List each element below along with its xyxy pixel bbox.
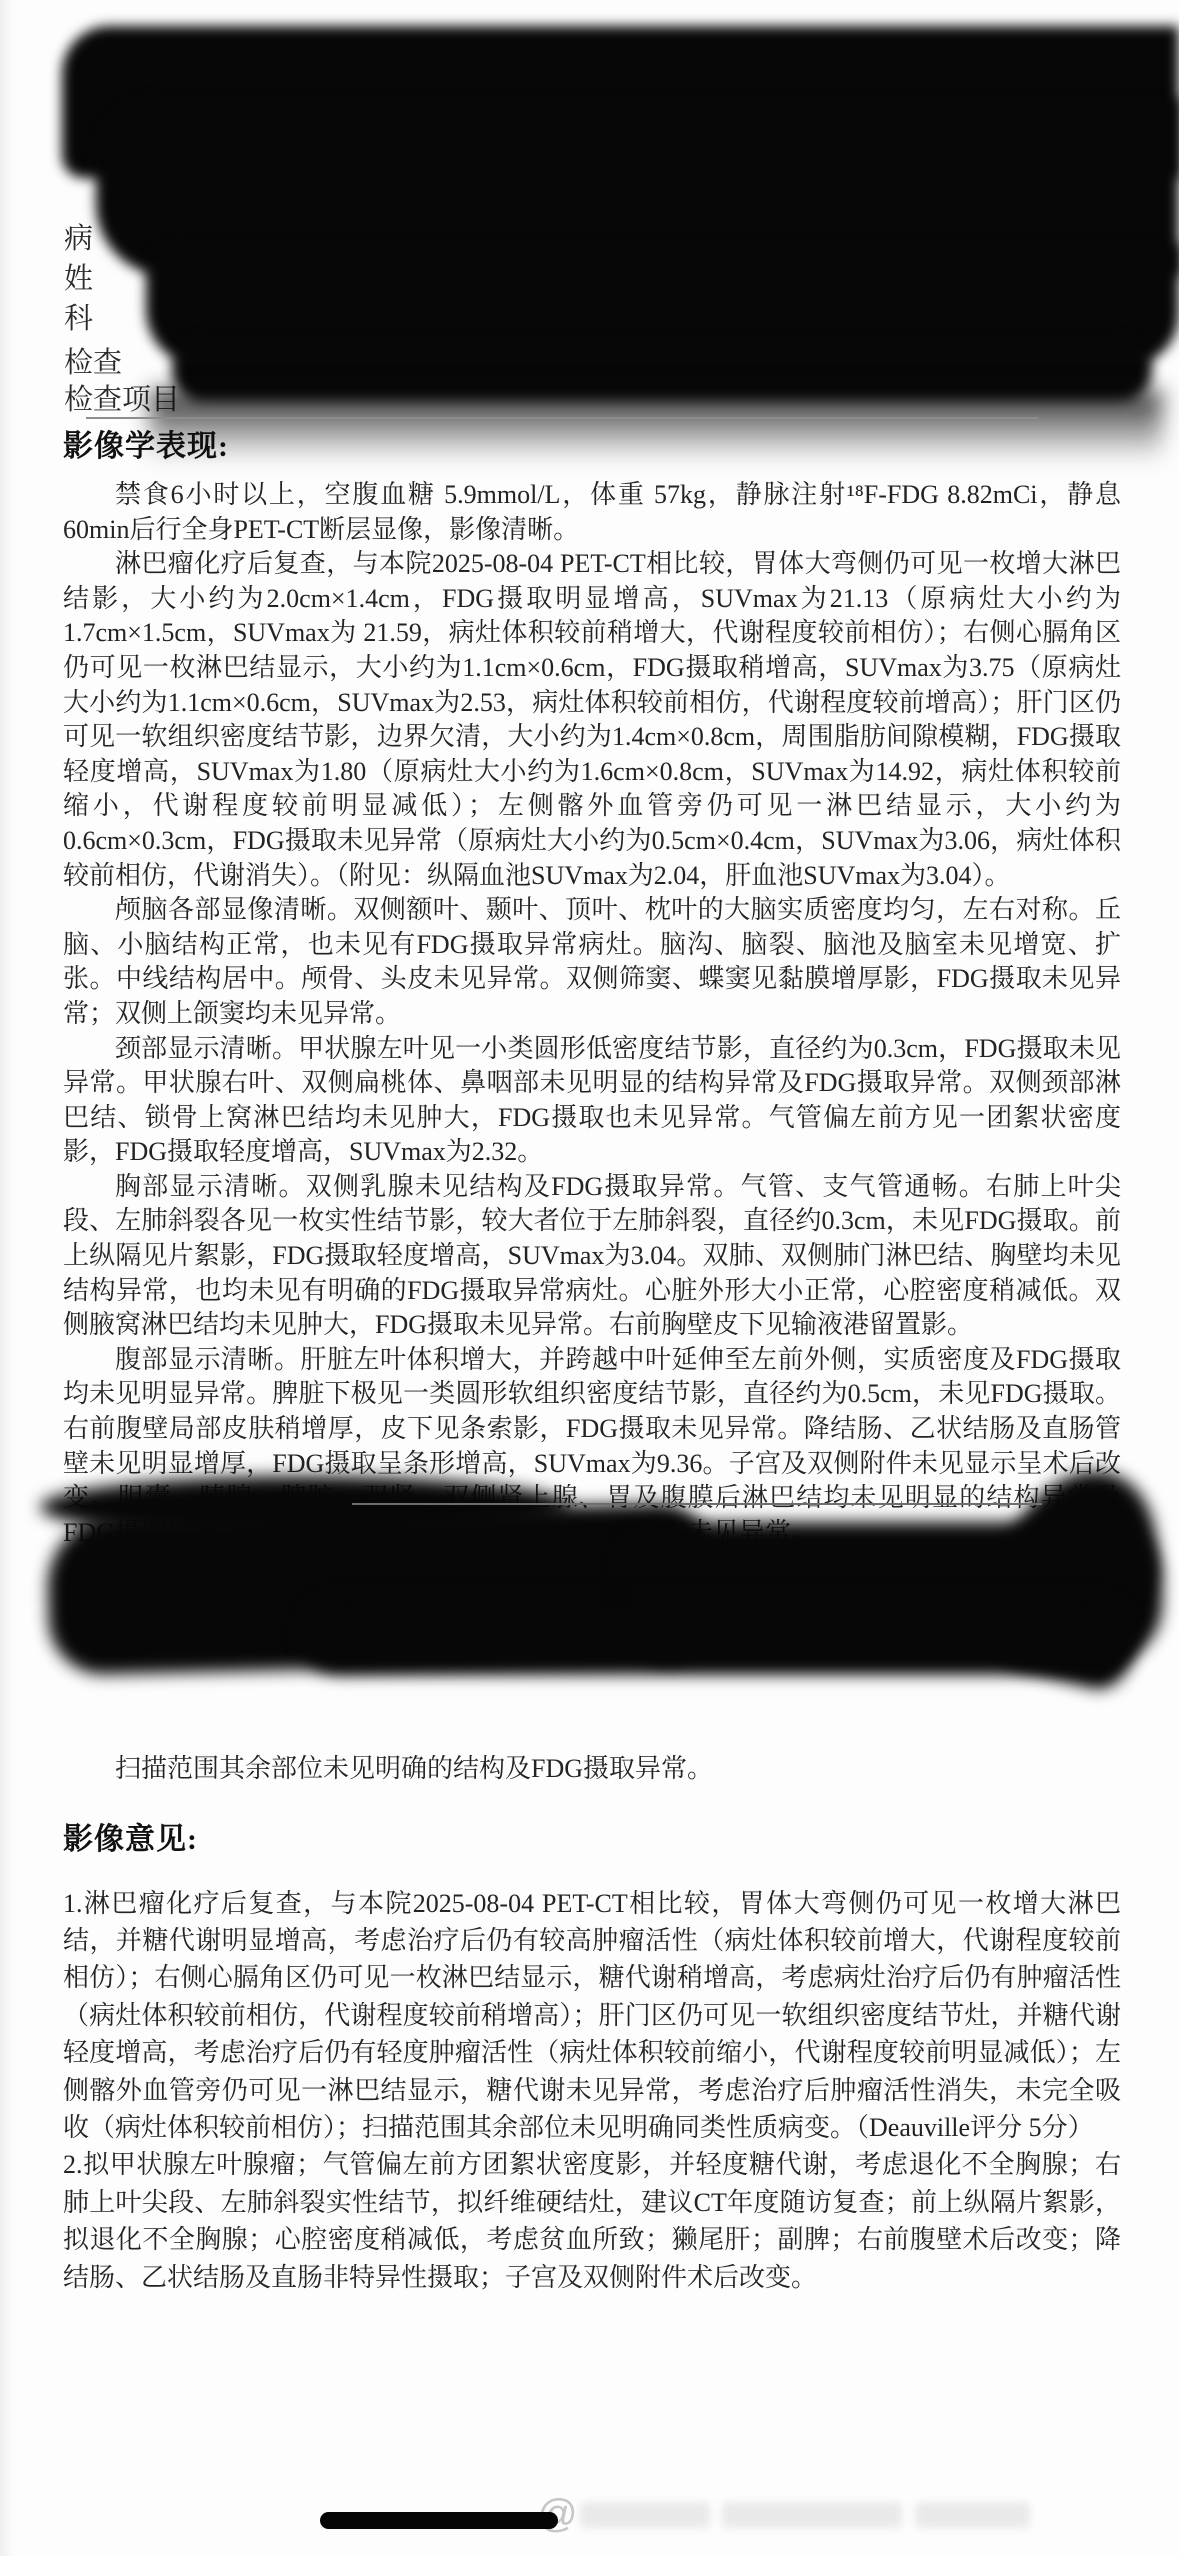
opinion-section: 扫描范围其余部位未见明确的结构及FDG摄取异常。 影像意见: 1.淋巴瘤化疗后复… [63,1752,1121,2296]
opinion-title: 影像意见: [63,1817,1121,1863]
divider-line [352,1503,1042,1505]
findings-paragraph: 颈部显示清晰。甲状腺左叶见一小类圆形低密度结节影，直径约为0.3cm，FDG摄取… [63,1032,1121,1170]
redaction-blob [300,1596,1132,1674]
watermark-smudge [580,2502,710,2528]
redaction-shadow [150,390,1162,474]
opinion-item: 1.淋巴瘤化疗后复查，与本院2025-08-04 PET-CT相比较，胃体大弯侧… [63,1885,1121,2147]
watermark-smudge [722,2502,902,2528]
findings-section: 影像学表现: 禁食6小时以上，空腹血糖 5.9mmol/L，体重 57kg，静脉… [63,424,1121,1585]
patient-field-fragment: 病 [64,216,93,257]
redaction-bar [320,2512,558,2529]
divider-line [86,417,1038,419]
findings-paragraph: 禁食6小时以上，空腹血糖 5.9mmol/L，体重 57kg，静脉注射¹⁸F-F… [63,478,1121,547]
patient-field-fragment: 科 [64,296,93,337]
findings-paragraph: 淋巴瘤化疗后复查，与本院2025-08-04 PET-CT相比较，胃体大弯侧仍可… [63,547,1121,893]
medical-report-photo: 病 姓 科 检查 检查项目 影像学表现: 禁食6小时以上，空腹血糖 5.9mmo… [0,0,1179,2556]
patient-field-fragment: 姓 [64,256,93,297]
findings-paragraph: 颅脑各部显像清晰。双侧额叶、颞叶、顶叶、枕叶的大脑实质密度均匀，左右对称。丘脑、… [63,893,1121,1031]
patient-field-fragment: 检查 [64,340,122,381]
scan-rest-line: 扫描范围其余部位未见明确的结构及FDG摄取异常。 [63,1752,1121,1787]
findings-paragraph: 胸部显示清晰。双侧乳腺未见结构及FDG摄取异常。气管、支气管通畅。右肺上叶尖段、… [63,1170,1121,1343]
opinion-item: 2.拟甲状腺左叶腺瘤；气管偏左前方团絮状密度影，并轻度糖代谢，考虑退化不全胸腺；… [63,2146,1121,2296]
watermark-smudge [915,2502,1030,2528]
